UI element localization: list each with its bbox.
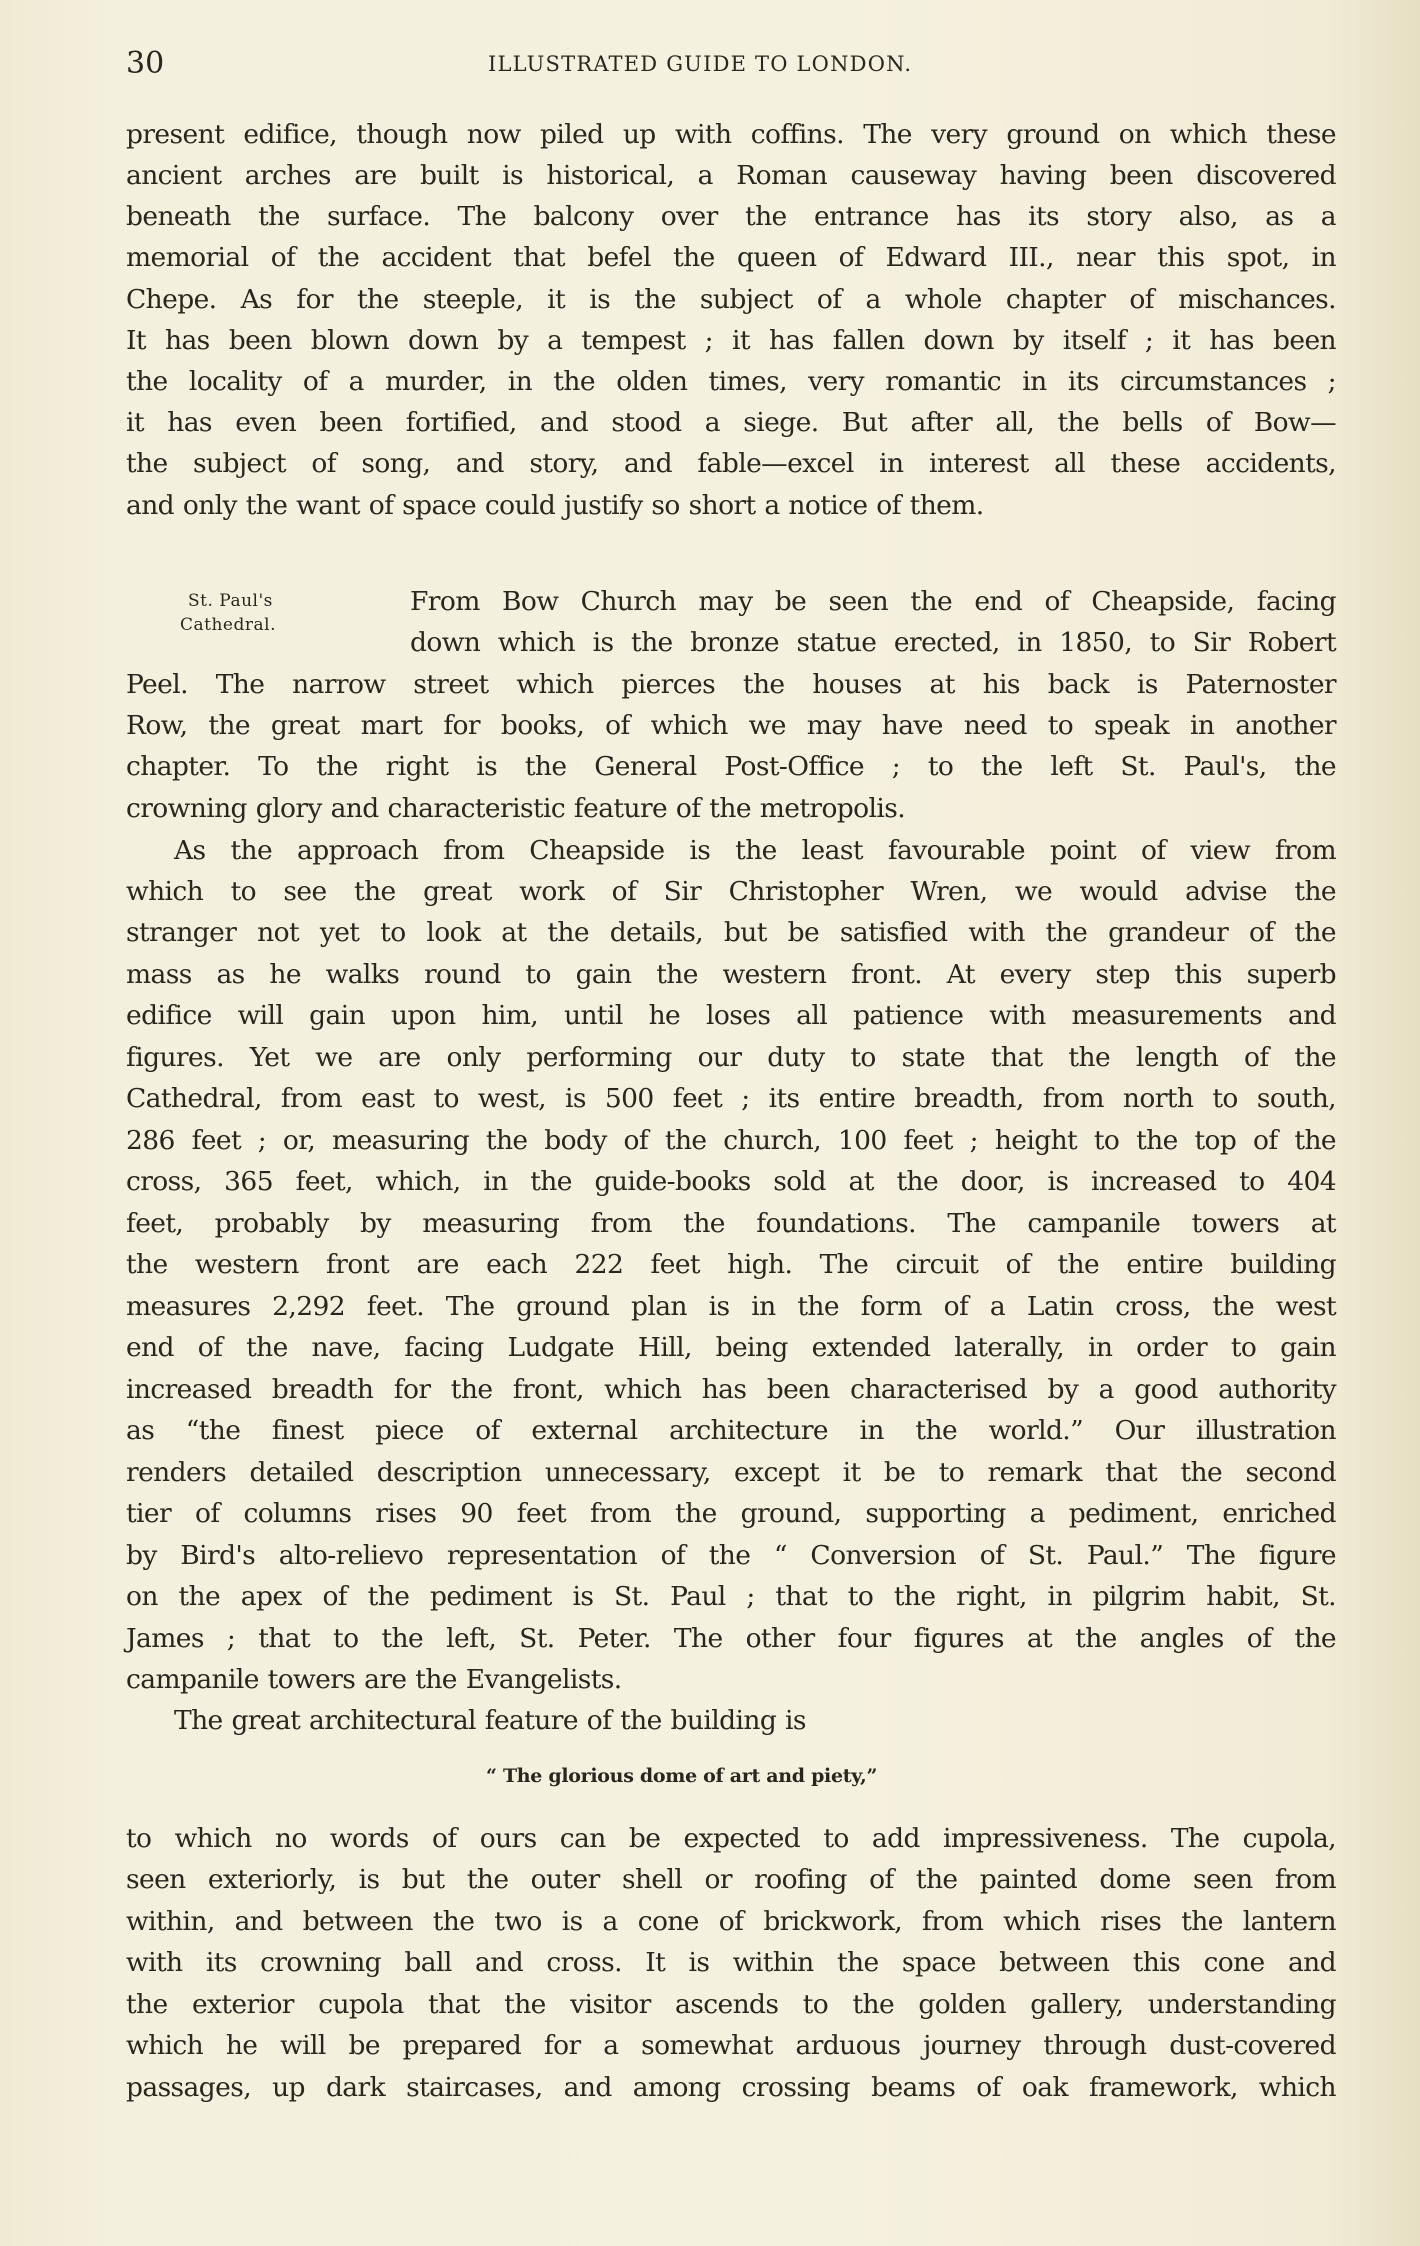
marginal-note-line: Cathedral. [180, 614, 276, 636]
text-line: edifice will gain upon him, until he los… [126, 999, 1336, 1033]
text-line: the locality of a murder, in the olden t… [126, 365, 1336, 399]
text-line: Cathedral, from east to west, is 500 fee… [126, 1082, 1336, 1116]
text-line: stranger not yet to look at the details,… [126, 916, 1336, 950]
text-line: which he will be prepared for a somewhat… [126, 2029, 1336, 2063]
text-line: Peel. The narrow street which pierces th… [126, 668, 1336, 702]
text-line: The great architectural feature of the b… [174, 1704, 1336, 1738]
text-line: cross, 365 feet, which, in the guide-boo… [126, 1165, 1336, 1199]
running-head: ILLUSTRATED GUIDE TO LONDON. [488, 52, 912, 76]
text-line: It has been blown down by a tempest ; it… [126, 324, 1336, 358]
text-line: renders detailed description unnecessary… [126, 1456, 1336, 1490]
text-line: with its crowning ball and cross. It is … [126, 1946, 1336, 1980]
text-line: Chepe. As for the steeple, it is the sub… [126, 283, 1336, 317]
text-line: From Bow Church may be seen the end of C… [410, 585, 1336, 619]
text-line: within, and between the two is a cone of… [126, 1905, 1336, 1939]
text-line: passages, up dark staircases, and among … [126, 2071, 1336, 2105]
text-line: James ; that to the left, St. Peter. The… [126, 1622, 1336, 1656]
text-line: Row, the great mart for books, of which … [126, 709, 1336, 743]
text-line: which to see the great work of Sir Chris… [126, 875, 1336, 909]
text-line: the subject of song, and story, and fabl… [126, 447, 1336, 481]
page-header: 30 ILLUSTRATED GUIDE TO LONDON. [126, 46, 1336, 86]
text-line: chapter. To the right is the General Pos… [126, 750, 1336, 784]
text-line: end of the nave, facing Ludgate Hill, be… [126, 1331, 1336, 1365]
text-line: it has even been fortified, and stood a … [126, 406, 1336, 440]
text-line: beneath the surface. The balcony over th… [126, 200, 1336, 234]
book-page: 30 ILLUSTRATED GUIDE TO LONDON. present … [0, 0, 1420, 2246]
text-line: seen exteriorly, is but the outer shell … [126, 1863, 1336, 1897]
text-line: the western front are each 222 feet high… [126, 1248, 1336, 1282]
text-line: increased breadth for the front, which h… [126, 1373, 1336, 1407]
block-quotation: “ The glorious dome of art and piety,” [486, 1765, 877, 1787]
text-line: ancient arches are built is historical, … [126, 159, 1336, 193]
text-line: tier of columns rises 90 feet from the g… [126, 1497, 1336, 1531]
text-line: figures. Yet we are only performing our … [126, 1041, 1336, 1075]
text-line: crowning glory and characteristic featur… [126, 792, 1336, 826]
text-line: as “the finest piece of external archite… [126, 1414, 1336, 1448]
text-line: the exterior cupola that the visitor asc… [126, 1988, 1336, 2022]
text-line: As the approach from Cheapside is the le… [174, 834, 1336, 868]
text-line: 286 feet ; or, measuring the body of the… [126, 1124, 1336, 1158]
text-line: down which is the bronze statue erected,… [410, 626, 1336, 660]
text-line: to which no words of ours can be expecte… [126, 1822, 1336, 1856]
text-line: memorial of the accident that befel the … [126, 241, 1336, 275]
text-line: mass as he walks round to gain the weste… [126, 958, 1336, 992]
text-line: and only the want of space could justify… [126, 489, 1336, 523]
text-line: by Bird's alto-relievo representation of… [126, 1539, 1336, 1573]
text-line: measures 2,292 feet. The ground plan is … [126, 1290, 1336, 1324]
page-number: 30 [126, 46, 164, 81]
text-line: present edifice, though now piled up wit… [126, 118, 1336, 152]
marginal-note-line: St. Paul's [188, 590, 273, 612]
text-line: campanile towers are the Evangelists. [126, 1663, 1336, 1697]
text-line: on the apex of the pediment is St. Paul … [126, 1580, 1336, 1614]
text-line: feet, probably by measuring from the fou… [126, 1207, 1336, 1241]
